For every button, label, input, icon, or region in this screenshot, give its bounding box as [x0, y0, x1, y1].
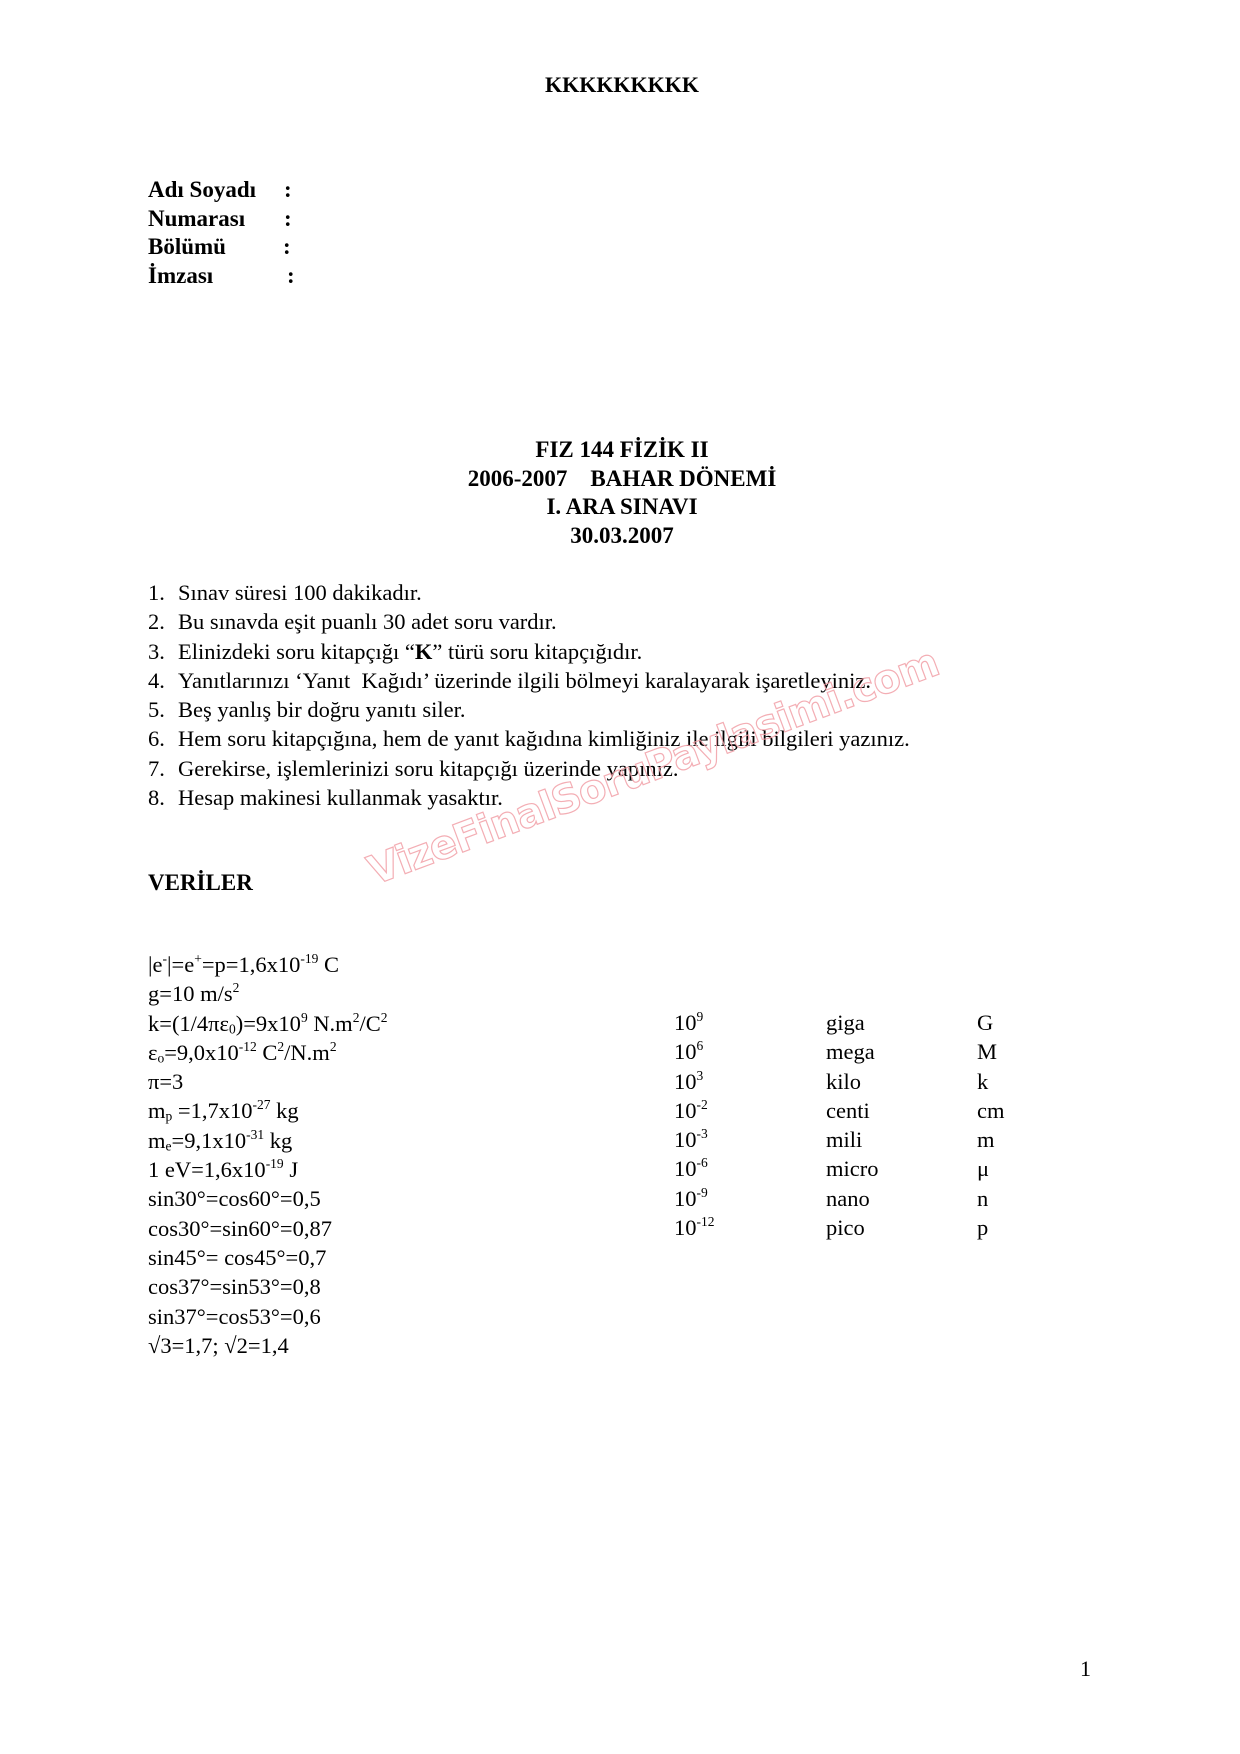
prefix-name: micro	[826, 1154, 878, 1183]
rule-number: 7.	[148, 754, 165, 783]
form-sep: :	[284, 205, 292, 234]
given-trig: sin37°=cos53°=0,6	[148, 1302, 387, 1331]
rule-text: Bu sınavda eşit puanlı 30 adet soru vard…	[178, 609, 557, 634]
rule-text: Beş yanlış bir doğru yanıtı siler.	[178, 697, 465, 722]
rule-number: 2.	[148, 607, 165, 636]
prefix-symbol: m	[977, 1125, 1005, 1154]
given-coulomb-constant: k=(1/4πε0)=9x109 N.m2/C2	[148, 1009, 387, 1038]
form-label-signature: İmzası	[148, 263, 213, 288]
exam-title-block: FIZ 144 FİZİK II 2006-2007 BAHAR DÖNEMİ …	[0, 436, 1240, 550]
prefix-name: mega	[826, 1037, 878, 1066]
rule-number: 3.	[148, 637, 165, 666]
form-row-signature: İmzası :	[148, 262, 256, 291]
given-trig: sin45°= cos45°=0,7	[148, 1243, 387, 1272]
prefix-symbol: k	[977, 1067, 1005, 1096]
rule-item: 3.Elinizdeki soru kitapçığı “K” türü sor…	[148, 637, 910, 666]
form-label-name: Adı Soyadı	[148, 177, 256, 202]
rule-item: 1.Sınav süresi 100 dakikadır.	[148, 578, 910, 607]
rule-text: Elinizdeki soru kitapçığı “	[178, 639, 415, 664]
form-sep: :	[283, 233, 291, 262]
prefix-power: 10-6	[674, 1154, 715, 1183]
prefix-power: 10-3	[674, 1125, 715, 1154]
form-row-department: Bölümü :	[148, 233, 256, 262]
prefix-power: 103	[674, 1067, 715, 1096]
course-title: FIZ 144 FİZİK II	[0, 436, 1240, 465]
prefix-symbol: G	[977, 1008, 1005, 1037]
prefix-name: kilo	[826, 1067, 878, 1096]
prefix-name: nano	[826, 1184, 878, 1213]
given-roots: √3=1,7; √2=1,4	[148, 1331, 387, 1360]
prefix-power: 10-9	[674, 1184, 715, 1213]
given-charge: |e-|=e+=p=1,6x10-19 C	[148, 950, 387, 979]
rule-text: Hesap makinesi kullanmak yasaktır.	[178, 785, 503, 810]
prefix-name: mili	[826, 1125, 878, 1154]
rule-number: 4.	[148, 666, 165, 695]
booklet-code-title: KKKKKKKKK	[0, 72, 1240, 98]
given-permittivity: εo=9,0x10-12 C2/N.m2	[148, 1038, 387, 1067]
prefix-symbol: n	[977, 1184, 1005, 1213]
given-trig: cos30°=sin60°=0,87	[148, 1214, 387, 1243]
rule-item: 2.Bu sınavda eşit puanlı 30 adet soru va…	[148, 607, 910, 636]
prefix-powers-column: 10910610310-210-310-610-910-12	[674, 1008, 715, 1242]
prefix-name: giga	[826, 1008, 878, 1037]
prefix-names-column: gigamegakilocentimilimicronanopico	[826, 1008, 878, 1242]
prefix-power: 109	[674, 1008, 715, 1037]
term-title: 2006-2007 BAHAR DÖNEMİ	[0, 465, 1240, 494]
prefix-symbol: cm	[977, 1096, 1005, 1125]
rule-number: 8.	[148, 783, 165, 812]
prefix-symbol: M	[977, 1037, 1005, 1066]
rule-number: 6.	[148, 724, 165, 753]
form-row-number: Numarası :	[148, 205, 256, 234]
prefix-power: 106	[674, 1037, 715, 1066]
page-number: 1	[1080, 1656, 1091, 1682]
form-sep: :	[287, 262, 295, 291]
given-trig: sin30°=cos60°=0,5	[148, 1184, 387, 1213]
form-sep: :	[284, 176, 292, 205]
prefix-power: 10-2	[674, 1096, 715, 1125]
prefix-symbol: μ	[977, 1154, 1005, 1183]
prefix-name: pico	[826, 1213, 878, 1242]
prefix-power: 10-12	[674, 1213, 715, 1242]
givens-heading: VERİLER	[148, 870, 253, 896]
exam-date: 30.03.2007	[0, 522, 1240, 551]
given-electron-mass: me=9,1x10-31 kg	[148, 1126, 387, 1155]
prefix-symbol: p	[977, 1213, 1005, 1242]
rule-text: ” türü soru kitapçığıdır.	[432, 639, 642, 664]
rule-item: 7.Gerekirse, işlemlerinizi soru kitapçığ…	[148, 754, 910, 783]
rule-number: 5.	[148, 695, 165, 724]
booklet-type-letter: K	[415, 639, 433, 664]
rule-text: Yanıtlarınızı ‘Yanıt Kağıdı’ üzerinde il…	[178, 668, 871, 693]
prefix-symbols-column: GMkcmmμnp	[977, 1008, 1005, 1242]
prefix-name: centi	[826, 1096, 878, 1125]
given-proton-mass: mp =1,7x10-27 kg	[148, 1096, 387, 1125]
given-trig: cos37°=sin53°=0,8	[148, 1272, 387, 1301]
form-row-name: Adı Soyadı :	[148, 176, 256, 205]
given-pi: π=3	[148, 1067, 387, 1096]
form-label-department: Bölümü	[148, 234, 226, 259]
student-info-form: Adı Soyadı : Numarası : Bölümü : İmzası …	[148, 176, 256, 290]
given-gravity: g=10 m/s2	[148, 979, 387, 1008]
rule-number: 1.	[148, 578, 165, 607]
rule-text: Sınav süresi 100 dakikadır.	[178, 580, 422, 605]
exam-name: I. ARA SINAVI	[0, 493, 1240, 522]
form-label-number: Numarası	[148, 206, 245, 231]
givens-list: |e-|=e+=p=1,6x10-19 C g=10 m/s2 k=(1/4πε…	[148, 950, 387, 1360]
given-electron-volt: 1 eV=1,6x10-19 J	[148, 1155, 387, 1184]
